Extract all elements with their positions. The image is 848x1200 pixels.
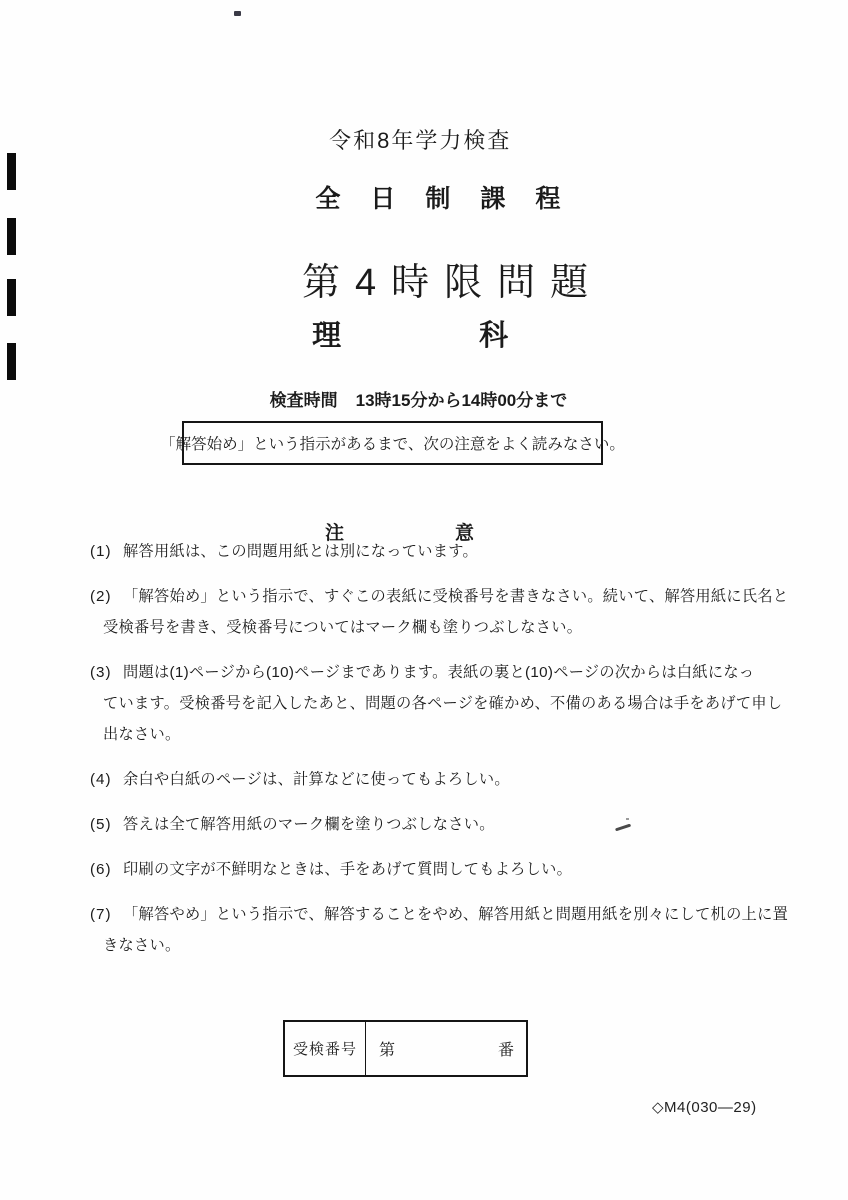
exam-number-prefix: 第 (379, 1037, 395, 1060)
note-text: 受検番号を書き、受検番号についてはマーク欄も塗りつぶしなさい。 (90, 612, 770, 643)
exam-number-suffix: 番 (498, 1037, 514, 1060)
note-item-7: (7) 「解答やめ」という指示で、解答することをやめ、解答用紙と問題用紙を別々に… (90, 899, 770, 961)
scan-artifact (234, 11, 241, 16)
note-number: (1) (90, 536, 112, 567)
note-number: (7) (90, 899, 112, 930)
note-text: 答えは全て解答用紙のマーク欄を塗りつぶしなさい。 (90, 809, 770, 840)
note-text: 解答用紙は、この問題用紙とは別になっています。 (90, 536, 770, 567)
note-text: 「解答やめ」という指示で、解答することをやめ、解答用紙と問題用紙を別々にして机の… (90, 899, 770, 930)
note-item-1: (1) 解答用紙は、この問題用紙とは別になっています。 (90, 536, 770, 567)
note-item-3: (3) 問題は(1)ページから(10)ページまであります。表紙の裏と(10)ペー… (90, 657, 770, 750)
note-text: 余白や白紙のページは、計算などに使ってもよろしい。 (90, 764, 770, 795)
note-number: (6) (90, 854, 112, 885)
note-text: 出なさい。 (90, 719, 770, 750)
notice-box-text: 「解答始め」という指示があるまで、次の注意をよく読みなさい。 (160, 432, 625, 454)
exam-number-box: 受検番号 第 番 (283, 1020, 528, 1077)
note-item-6: (6) 印刷の文字が不鮮明なときは、手をあげて質問してもよろしい。 (90, 854, 770, 885)
note-number: (3) (90, 657, 112, 688)
note-text: 印刷の文字が不鮮明なときは、手をあげて質問してもよろしい。 (90, 854, 770, 885)
exam-number-label: 受検番号 (285, 1022, 366, 1075)
note-text: ています。受検番号を記入したあと、問題の各ページを確かめ、不備のある場合は手をあ… (90, 688, 770, 719)
note-text: きなさい。 (90, 930, 770, 961)
note-text: 「解答始め」という指示で、すぐこの表紙に受検番号を書きなさい。続いて、解答用紙に… (90, 581, 770, 612)
exam-cover-page: 令和8年学力検査 全日制課程 第4時限問題 理科 検査時間13時15分から14時… (0, 0, 848, 1200)
exam-time-label: 検査時間 (270, 391, 338, 410)
note-number: (4) (90, 764, 112, 795)
subject-title-text: 理科 (312, 313, 646, 354)
note-number: (5) (90, 809, 112, 840)
notes-list: (1) 解答用紙は、この問題用紙とは別になっています。 (2) 「解答始め」とい… (90, 536, 770, 975)
exam-time-value: 13時15分から14時00分まで (356, 391, 568, 410)
note-number: (2) (90, 581, 112, 612)
note-item-5: (5) 答えは全て解答用紙のマーク欄を塗りつぶしなさい。 (90, 809, 770, 840)
note-item-4: (4) 余白や白紙のページは、計算などに使ってもよろしい。 (90, 764, 770, 795)
note-text: 問題は(1)ページから(10)ページまであります。表紙の裏と(10)ページの次か… (90, 657, 770, 688)
document-code: ◇M4(030—29) (652, 1098, 757, 1116)
note-item-2: (2) 「解答始め」という指示で、すぐこの表紙に受検番号を書きなさい。続いて、解… (90, 581, 770, 643)
exam-number-write-in: 第 番 (366, 1022, 526, 1075)
notice-box: 「解答始め」という指示があるまで、次の注意をよく読みなさい。 (182, 421, 603, 465)
